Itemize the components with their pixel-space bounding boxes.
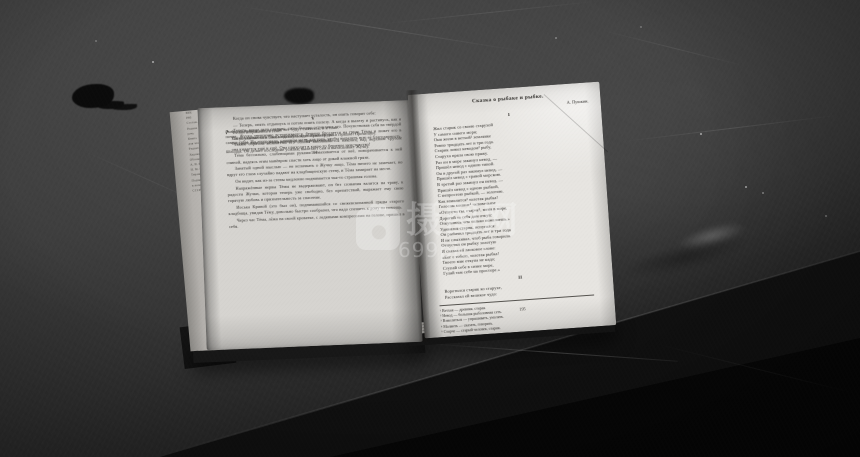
dust-speck (762, 192, 764, 194)
left-page-content: Когда он снова чувствует, что наступает … (225, 109, 402, 158)
dust-speck (700, 133, 702, 135)
dust-speck (640, 26, 642, 28)
dust-speck (555, 37, 557, 39)
spine-top-shadow (284, 88, 314, 104)
watermark-url-text: 699pic (398, 238, 471, 262)
dust-speck (95, 40, 97, 42)
photo-scene: ББКР60Состав.РоднаяречьКнигадля чтен.Ред… (0, 0, 860, 457)
watermark-logo-text: 摄图网 (406, 192, 520, 243)
dust-speck (825, 215, 827, 217)
camera-logo-icon (356, 208, 400, 250)
stock-watermark: 摄图网 699pic (350, 196, 550, 296)
dust-speck (745, 186, 747, 188)
dust-speck (152, 61, 154, 63)
question-mark-symbol: ? (225, 130, 229, 147)
